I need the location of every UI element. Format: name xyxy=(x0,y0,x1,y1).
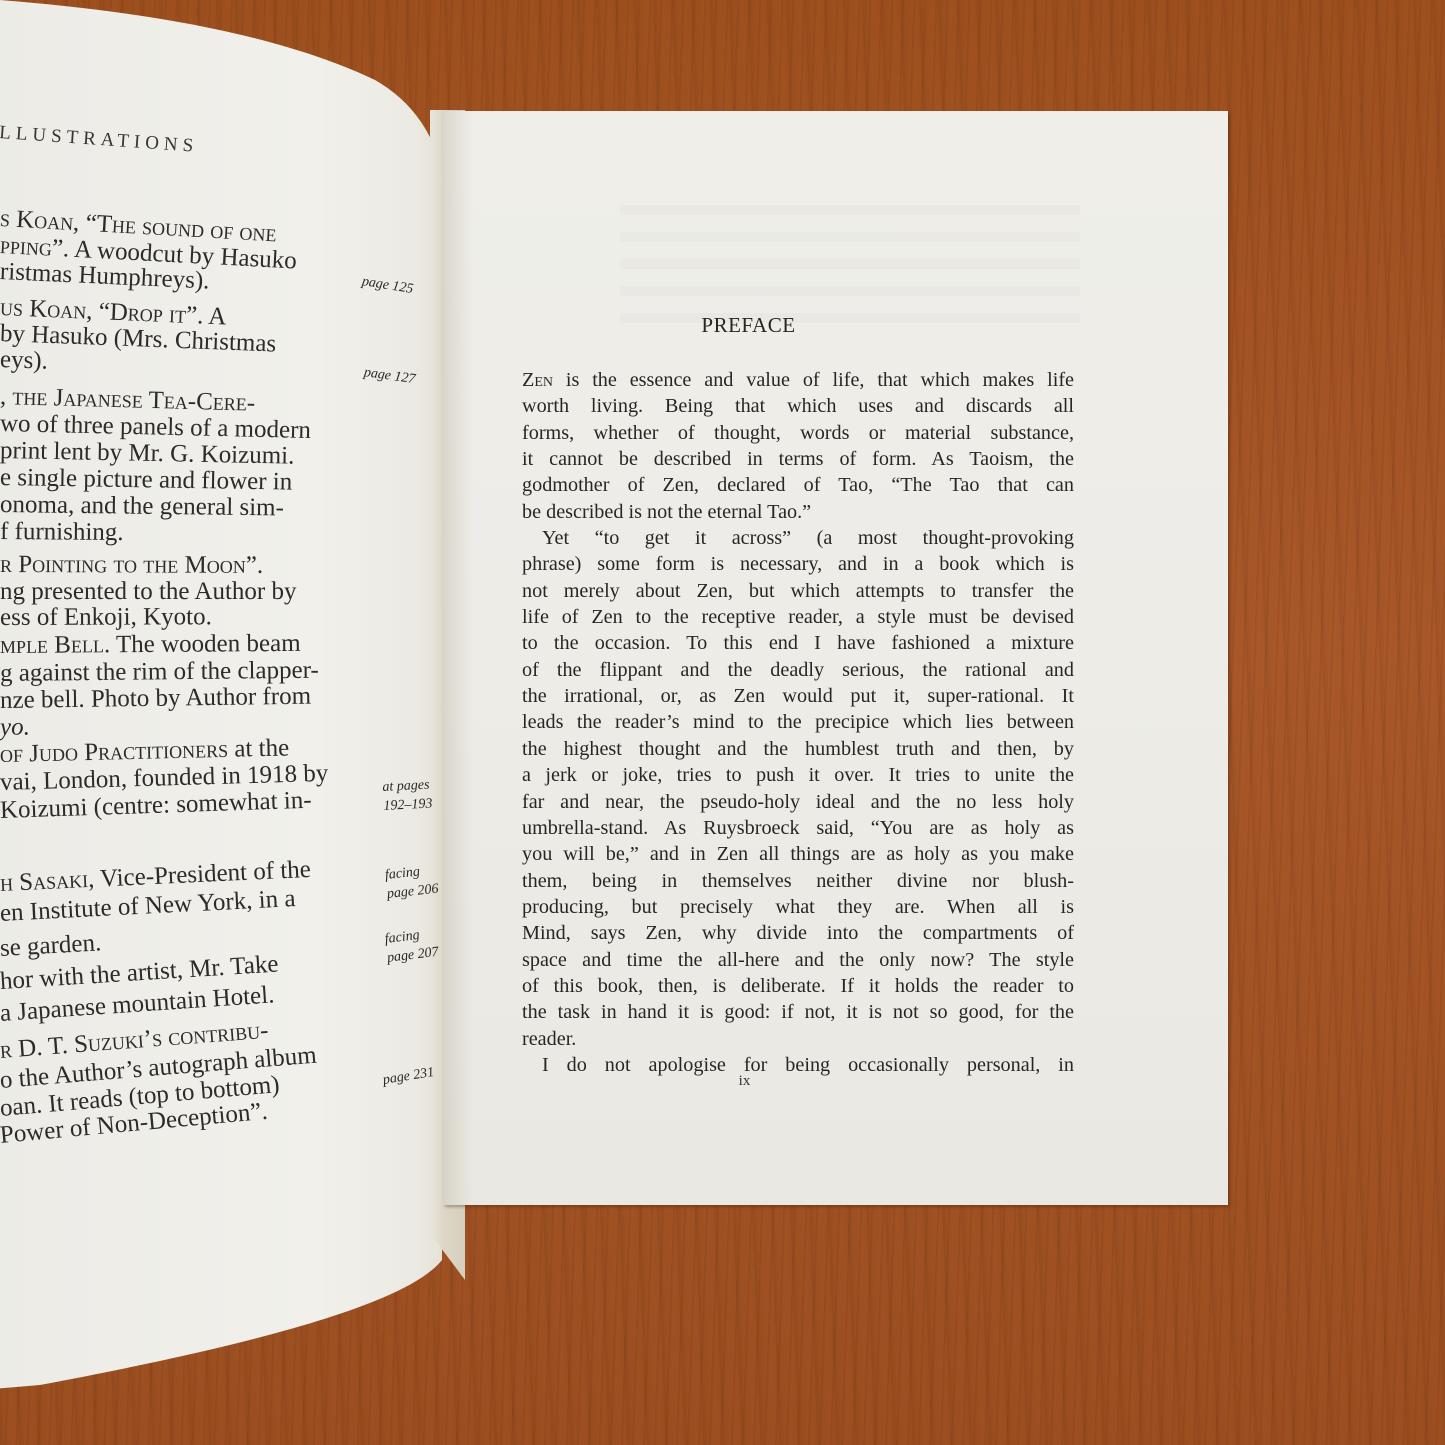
text-line: the highest thought and the humblest tru… xyxy=(522,736,1074,762)
page-reference-text: at pages xyxy=(382,775,432,797)
running-head: LLUSTRATIONS xyxy=(0,122,199,158)
entry-text: at the xyxy=(228,734,290,762)
text-line: the task in hand it is good: if not, it … xyxy=(522,999,1074,1025)
illustration-entry-line: nze bell. Photo by Author from xyxy=(0,683,311,715)
illustrations-list: LLUSTRATIONS s Koan, “The sound of onepp… xyxy=(0,0,440,1200)
illustration-entry-line: mple Bell. The wooden beam xyxy=(0,630,301,660)
entry-text: f furnishing. xyxy=(0,518,124,546)
entry-text: onoma, and the general sim- xyxy=(0,491,284,521)
entry-text: yo. xyxy=(0,713,30,741)
text-line: Zen is the essence and value of life, th… xyxy=(522,367,1074,393)
illustration-entry-line: se garden. xyxy=(0,929,102,963)
text-line: space and time the all-here and the only… xyxy=(522,947,1074,973)
text-line: Mind, says Zen, why divide into the comp… xyxy=(522,920,1074,946)
page-reference-note: page 127 xyxy=(363,363,417,389)
text-line: you will be,” and in Zen all things are … xyxy=(522,841,1074,867)
page-reference-text: page 206 xyxy=(386,880,439,904)
text-line: phrase) some form is necessary, and in a… xyxy=(522,551,1074,577)
entry-text: h Sasaki xyxy=(0,866,89,897)
illustration-entry-line: yo. xyxy=(0,713,30,742)
entry-text: ess of Enkoji, Kyoto. xyxy=(0,603,212,631)
illustration-entry-line: eys). xyxy=(0,346,48,376)
page-reference-text: page 127 xyxy=(363,363,417,389)
text-line: to the occasion. To this end I have fash… xyxy=(522,630,1074,656)
entry-text: . xyxy=(257,552,263,579)
entry-text: eys). xyxy=(0,346,48,375)
text-line: producing, but precisely what they are. … xyxy=(522,894,1074,920)
entry-text: nze bell. Photo by Author from xyxy=(0,683,311,714)
page-reference-text: 192–193 xyxy=(383,794,433,816)
page-reference-text: page 125 xyxy=(361,272,415,299)
text-line: not merely about Zen, but which attempts… xyxy=(522,578,1074,604)
text-line: far and near, the pseudo-holy ideal and … xyxy=(522,789,1074,815)
text-line: worth living. Being that which uses and … xyxy=(522,393,1074,419)
text-line: leads the reader’s mind to the precipice… xyxy=(522,709,1074,735)
text-line: umbrella-stand. As Ruysbroeck said, “You… xyxy=(522,815,1074,841)
page-number: ix xyxy=(0,1073,1445,1090)
paragraph: Yet “to get it across” (a most thought-p… xyxy=(522,525,1074,1052)
entry-text: r Pointing to the Moon” xyxy=(0,551,257,579)
text-line: be described is not the eternal Tao.” xyxy=(522,499,1074,525)
entry-text: . The wooden beam xyxy=(104,630,301,658)
entry-text: ng presented to the Author by xyxy=(0,578,296,605)
page-title: PREFACE xyxy=(0,313,1445,338)
page-reference-note: facingpage 206 xyxy=(384,861,439,904)
paragraph: Zen is the essence and value of life, th… xyxy=(522,367,1074,525)
text-line: of this book, then, is deliberate. If it… xyxy=(522,973,1074,999)
text-line: a jerk or joke, tries to push it over. I… xyxy=(522,762,1074,788)
text-line: godmother of Zen, declared of Tao, “The … xyxy=(522,472,1074,498)
text-line: reader. xyxy=(522,1026,1074,1052)
text-line: of the flippant and the deadly serious, … xyxy=(522,657,1074,683)
page-reference-note: at pages192–193 xyxy=(382,775,433,816)
text-line: forms, whether of thought, words or mate… xyxy=(522,420,1074,446)
entry-text: se garden. xyxy=(0,929,102,962)
entry-text: mple Bell xyxy=(0,631,104,659)
preface-body: Zen is the essence and value of life, th… xyxy=(522,367,1074,1078)
text-line: it cannot be described in terms of form.… xyxy=(522,446,1074,472)
illustration-entry-line: r Pointing to the Moon”. xyxy=(0,551,263,580)
illustration-entry-line: f furnishing. xyxy=(0,518,124,547)
page-reference-note: facingpage 207 xyxy=(384,924,440,968)
text-line: the irrational, or, as Zen would put it,… xyxy=(522,683,1074,709)
text-line: them, being in themselves neither divine… xyxy=(522,868,1074,894)
page-reference-note: page 125 xyxy=(361,272,415,299)
illustration-entry-line: ess of Enkoji, Kyoto. xyxy=(0,603,212,632)
text-line: life of Zen to the receptive reader, a s… xyxy=(522,604,1074,630)
text-line: Yet “to get it across” (a most thought-p… xyxy=(522,525,1074,551)
illustration-entry-line: ng presented to the Author by xyxy=(0,578,296,606)
